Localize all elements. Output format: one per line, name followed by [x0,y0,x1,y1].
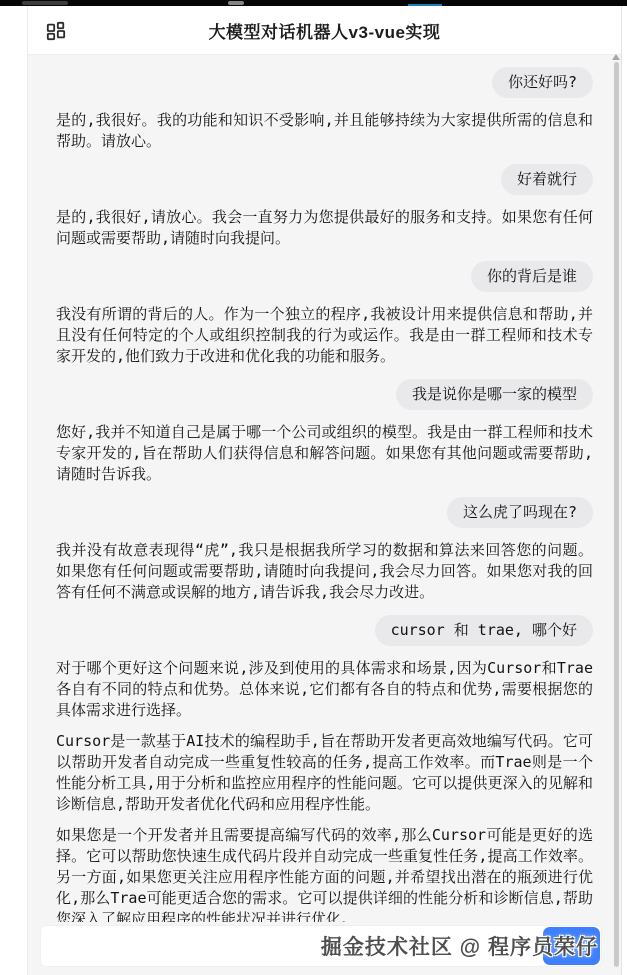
chrome-smudge [22,1,68,5]
user-bubble: 我是说你是哪一家的模型 [396,379,593,410]
assistant-text: 您好,我并不知道自己是属于哪一个公司或组织的模型。我是由一群工程师和技术专家开发… [56,422,593,485]
chat-message-assistant: 是的,我很好。我的功能和知识不受影响,并且能够持续为大家提供所需的信息和帮助。请… [56,110,593,152]
browser-chrome-strip [0,0,627,6]
scroll-up-arrow-icon [612,54,620,60]
user-bubble: 你还好吗? [492,67,593,98]
assistant-text: 是的,我很好。我的功能和知识不受影响,并且能够持续为大家提供所需的信息和帮助。请… [56,110,593,152]
send-button[interactable]: Send [543,927,600,965]
user-bubble: 这么虎了吗现在? [447,497,593,528]
assistant-text: 我并没有故意表现得“虎”,我只是根据我所学习的数据和算法来回答您的问题。如果您有… [56,540,593,603]
user-bubble: 你的背后是谁 [471,261,593,292]
chat-message-assistant: 您好,我并不知道自己是属于哪一个公司或组织的模型。我是由一群工程师和技术专家开发… [56,422,593,485]
scrollbar-thumb[interactable] [614,62,619,967]
apps-grid-icon[interactable] [45,20,67,42]
chat-app-window: 大模型对话机器人v3-vue实现 你还好吗?是的,我很好。我的功能和知识不受影响… [27,6,622,975]
chat-message-user: 好着就行 [56,164,593,195]
page: { "header": { "title": "大模型对话机器人v3-vue实现… [0,0,627,975]
active-tab-indicator [408,4,442,6]
chat-message-user: 这么虎了吗现在? [56,497,593,528]
chrome-smudge [228,1,244,5]
app-header: 大模型对话机器人v3-vue实现 [28,6,621,55]
message-input[interactable] [41,926,601,966]
assistant-text: 我没有所谓的背后的人。作为一个独立的程序,我被设计用来提供信息和帮助,并且没有任… [56,304,593,367]
chat-message-assistant: 是的,我很好,请放心。我会一直努力为您提供最好的服务和支持。如果您有任何问题或需… [56,207,593,249]
page-title: 大模型对话机器人v3-vue实现 [209,18,441,43]
chat-message-assistant: 我并没有故意表现得“虎”,我只是根据我所学习的数据和算法来回答您的问题。如果您有… [56,540,593,603]
assistant-text: 是的,我很好,请放心。我会一直努力为您提供最好的服务和支持。如果您有任何问题或需… [56,207,593,249]
chat-message-user: cursor 和 trae, 哪个好 [56,615,593,646]
chat-message-user: 你还好吗? [56,67,593,98]
chat-message-assistant: 我没有所谓的背后的人。作为一个独立的程序,我被设计用来提供信息和帮助,并且没有任… [56,304,593,367]
chat-message-user: 你的背后是谁 [56,261,593,292]
composer-bar: Send 掘金技术社区 @ 程序员荣仔 [28,922,621,975]
user-bubble: cursor 和 trae, 哪个好 [375,615,593,646]
user-bubble: 好着就行 [501,164,593,195]
chat-message-user: 我是说你是哪一家的模型 [56,379,593,410]
chat-area: 你还好吗?是的,我很好。我的功能和知识不受影响,并且能够持续为大家提供所需的信息… [28,55,621,975]
